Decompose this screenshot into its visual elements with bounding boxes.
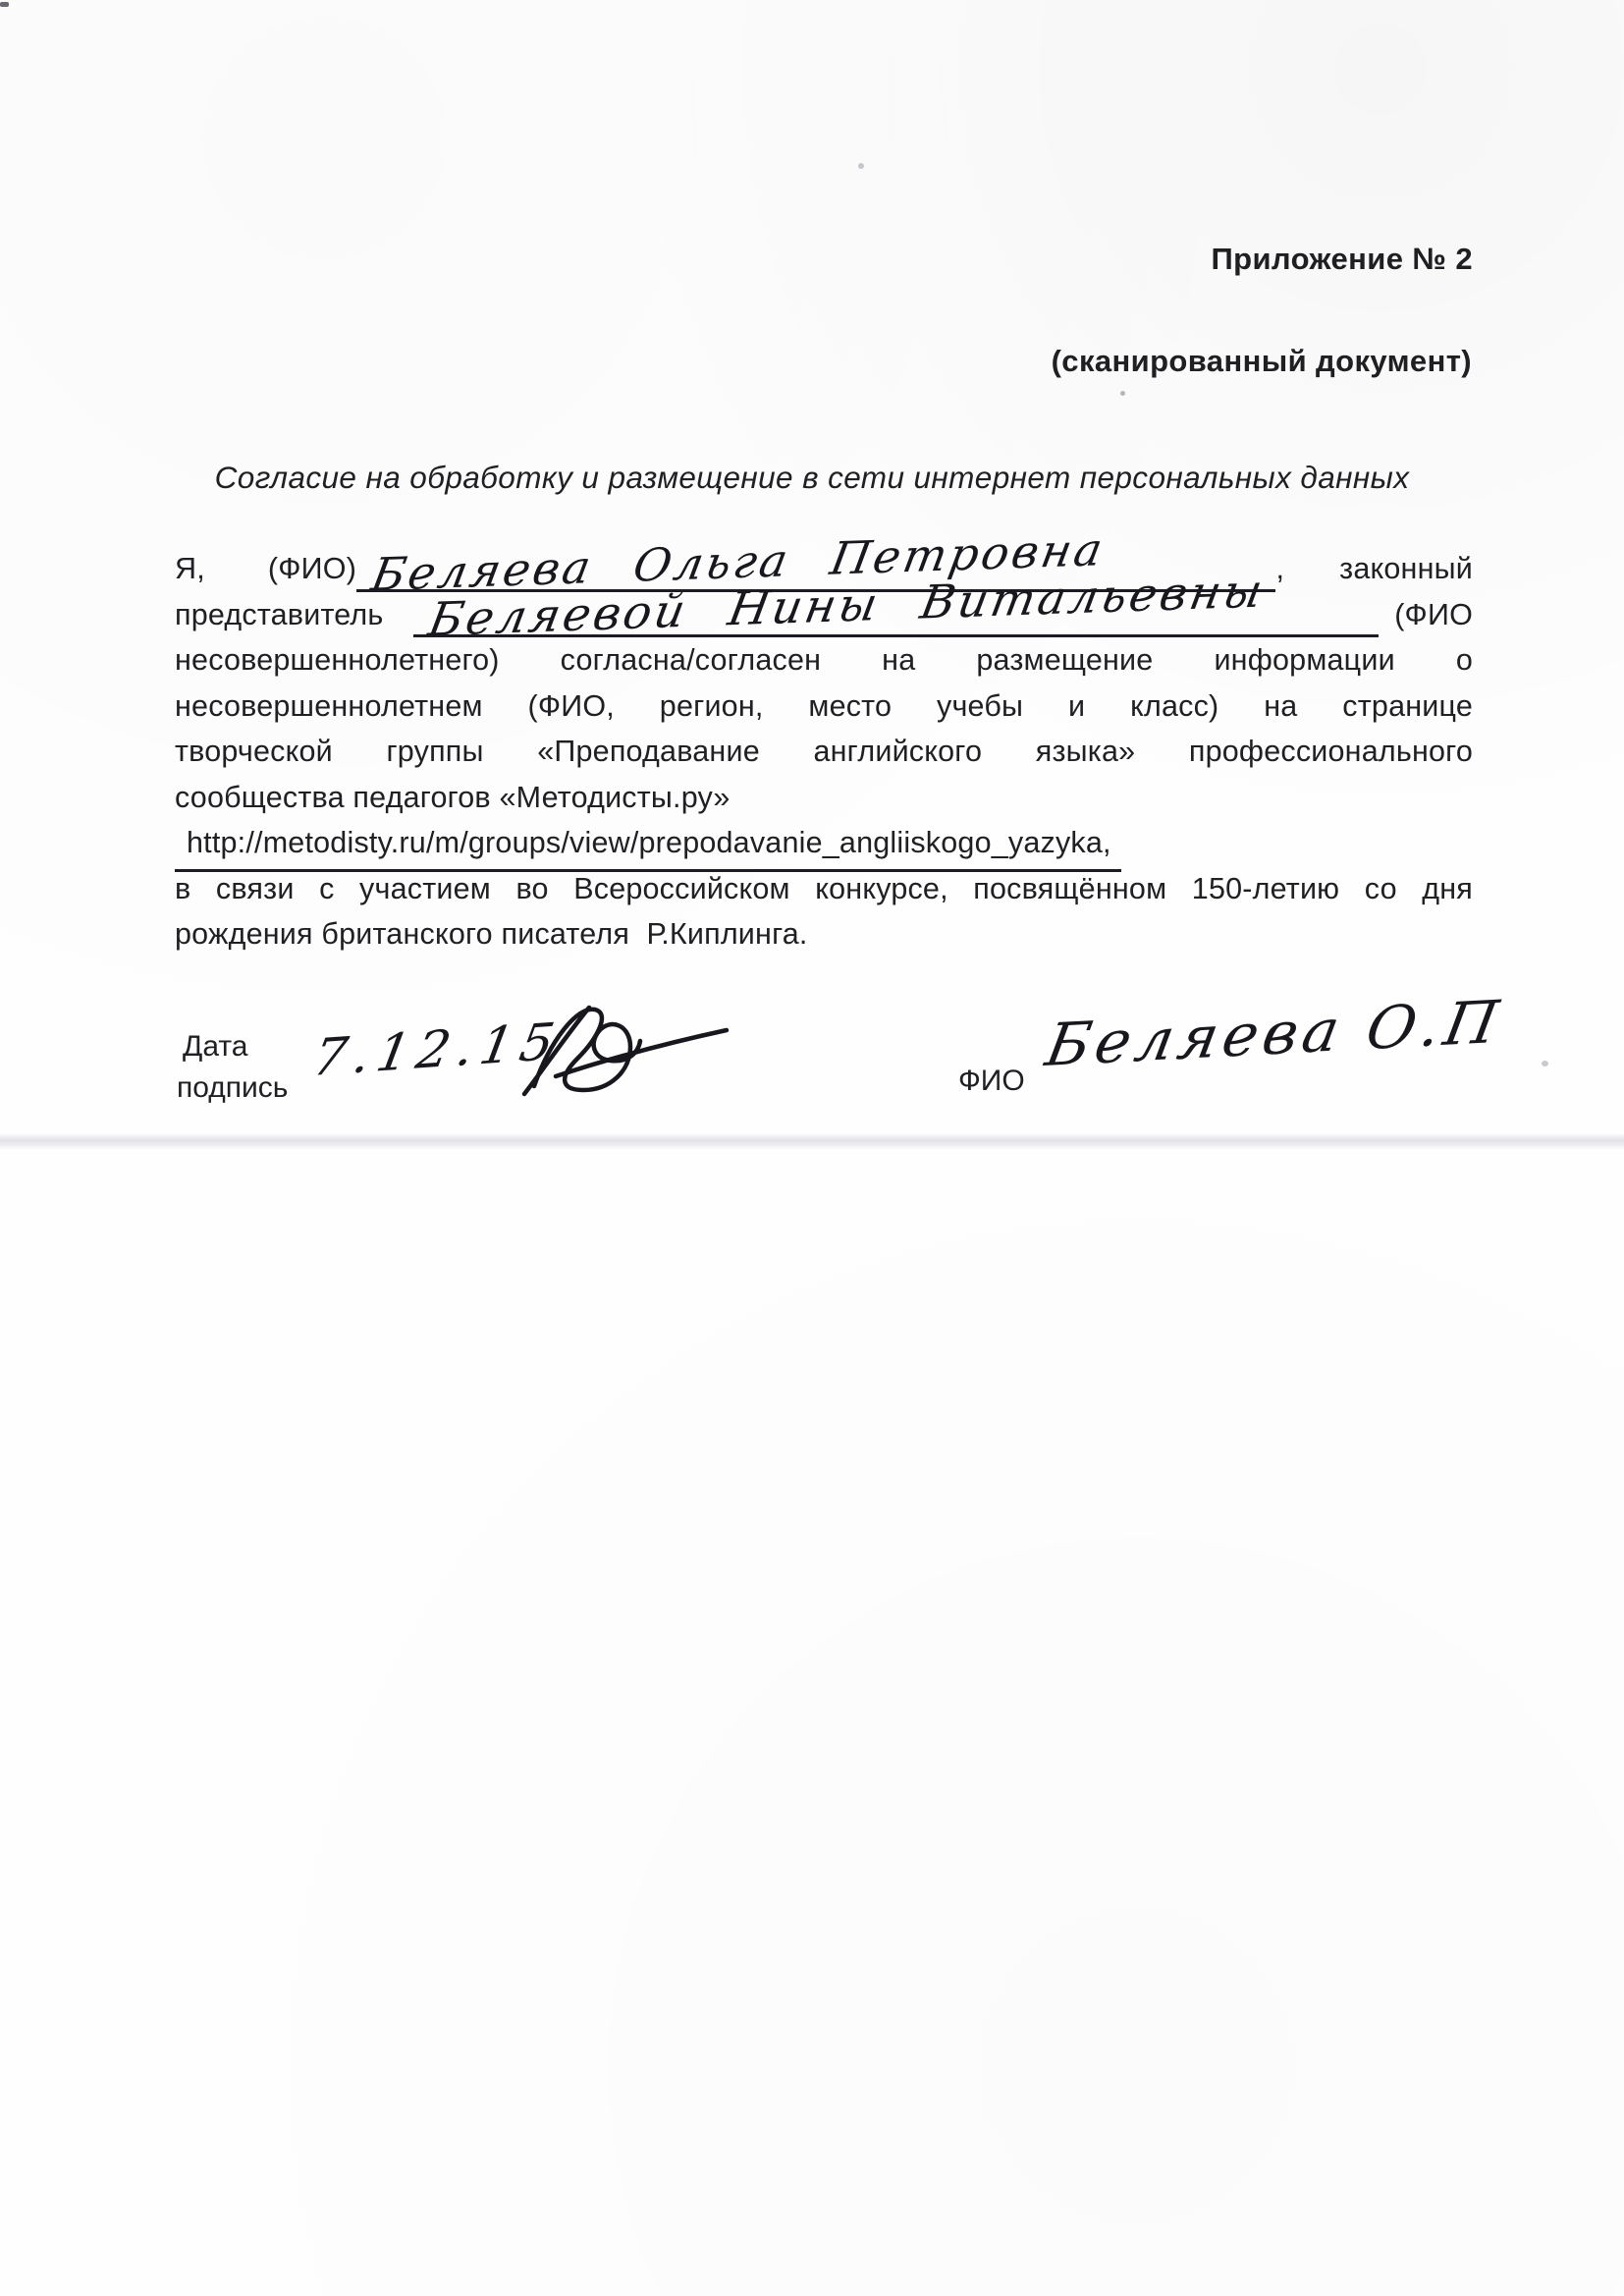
body-line-9: рождения британского писателя Р.Киплинга… bbox=[175, 911, 1473, 957]
body-line-4: несовершеннолетнем (ФИО, регион, место у… bbox=[175, 683, 1473, 730]
comma-after-name: , bbox=[1275, 546, 1284, 592]
line2-tail-text: (ФИО bbox=[1394, 592, 1473, 638]
fio-blank-line-2: Беляевой Нины Витальевны bbox=[413, 595, 1380, 637]
scan-speck bbox=[1120, 391, 1125, 396]
body-line-5: творческой группы «Преподавание английск… bbox=[175, 729, 1473, 775]
body-line-7: http://metodisty.ru/m/groups/view/prepod… bbox=[175, 820, 1473, 866]
body-line-3: несовершеннолетнего) согласна/согласен н… bbox=[175, 637, 1473, 683]
body-line-6: сообщества педагогов «Методисты.ру» bbox=[175, 775, 1473, 821]
appendix-label: Приложение № 2 bbox=[1211, 242, 1473, 277]
scanned-document-note: (сканированный документ) bbox=[1052, 344, 1472, 379]
scan-corner-mark bbox=[0, 2, 9, 7]
signature-scribble-icon bbox=[518, 998, 734, 1100]
handwritten-signature bbox=[518, 998, 734, 1105]
scan-artifact-band bbox=[0, 1133, 1624, 1149]
signature-label: подпись bbox=[177, 1071, 288, 1105]
pronoun-text: Я, bbox=[175, 546, 205, 592]
scanned-document-page: Приложение № 2 (сканированный документ) … bbox=[0, 0, 1624, 2296]
consent-body: Я, (ФИО) Беляева Ольга Петровна , законн… bbox=[175, 546, 1473, 957]
line1-tail-text: законный bbox=[1339, 546, 1473, 592]
date-label: Дата bbox=[183, 1030, 247, 1064]
fio-label: ФИО bbox=[958, 1065, 1025, 1098]
fio-inline-label-1: (ФИО) bbox=[268, 546, 356, 592]
body-line-8: в связи с участием во Всероссийском конк… bbox=[175, 866, 1473, 912]
representative-text: представитель bbox=[175, 592, 384, 638]
scan-speck bbox=[858, 163, 864, 169]
scan-speck bbox=[1542, 1061, 1548, 1066]
document-title: Согласие на обработку и размещение в сет… bbox=[154, 460, 1470, 496]
handwritten-fio: Беляева О.П bbox=[1041, 988, 1508, 1080]
group-url-text: http://metodisty.ru/m/groups/view/prepod… bbox=[175, 820, 1121, 872]
